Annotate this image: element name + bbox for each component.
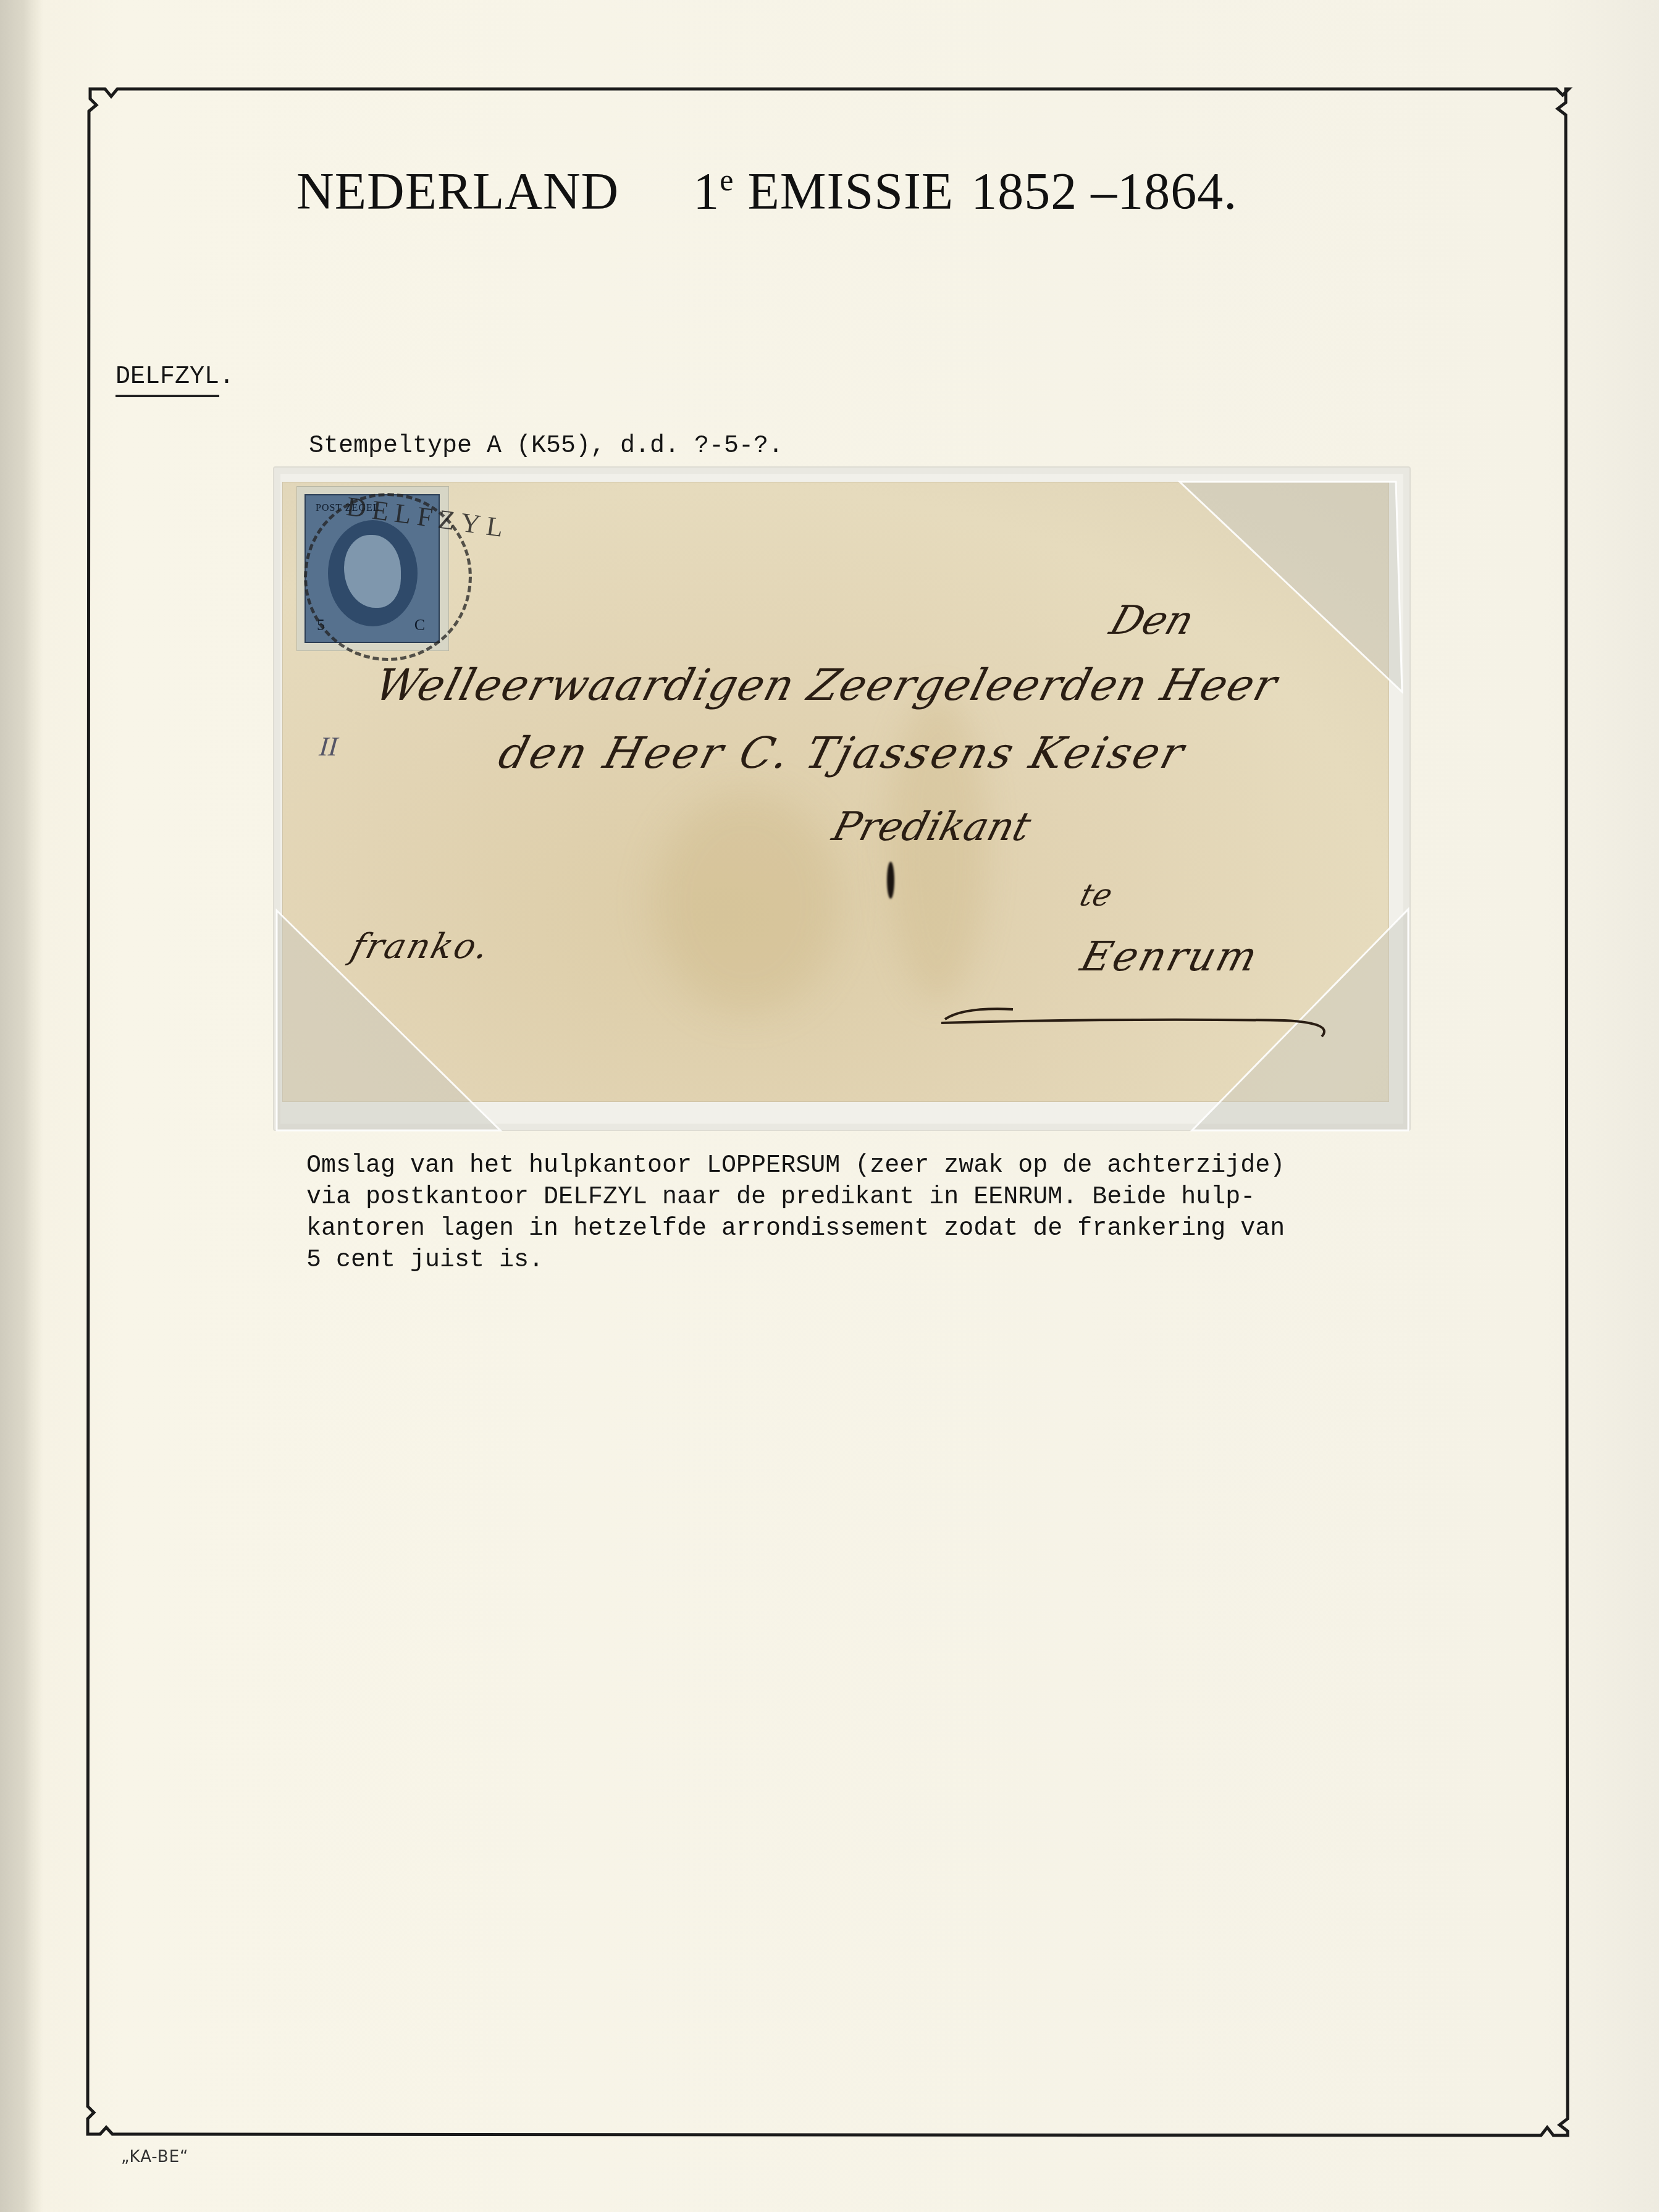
- place-heading: DELFZYL.: [115, 363, 234, 391]
- description-line: via postkantoor DELFZYL naar de predikan…: [306, 1182, 1285, 1213]
- stempel-caption: Stempeltype A (K55), d.d. ?-5-?.: [309, 432, 783, 460]
- title-period: 1852 –1864.: [971, 163, 1237, 221]
- paper-stain: [653, 791, 839, 1014]
- underline-flourish: [939, 1001, 1346, 1038]
- place-heading-suffix: .: [219, 363, 234, 391]
- address-line-2: Welleerwaardigen Zeergeleerden Heer: [370, 660, 1283, 710]
- title-country: NEDERLAND: [296, 163, 619, 221]
- address-line-1: Den: [1104, 598, 1199, 644]
- address-line-3: den Heer C. Tjassens Keiser: [493, 728, 1191, 778]
- album-binder-edge: [0, 0, 34, 2212]
- page-title: NEDERLAND1e EMISSIE1852 –1864.: [296, 162, 1384, 222]
- publisher-mark: „KA-BE“: [121, 2148, 189, 2166]
- franko-mark: franko.: [346, 927, 495, 967]
- description-text: Omslag van het hulpkantoor LOPPERSUM (ze…: [306, 1150, 1285, 1276]
- place-heading-text: DELFZYL: [115, 363, 219, 397]
- title-issue-label: EMISSIE: [747, 163, 954, 221]
- description-line: kantoren lagen in hetzelfde arrondisseme…: [306, 1213, 1285, 1245]
- address-line-4: Predikant: [828, 804, 1036, 850]
- title-issue-number: 1: [693, 163, 720, 221]
- ink-blot: [887, 862, 894, 899]
- address-line-6: Eenrum: [1076, 933, 1264, 980]
- description-line: Omslag van het hulpkantoor LOPPERSUM (ze…: [306, 1150, 1285, 1182]
- title-issue-superscript: e: [720, 162, 734, 197]
- description-line: 5 cent juist is.: [306, 1245, 1285, 1276]
